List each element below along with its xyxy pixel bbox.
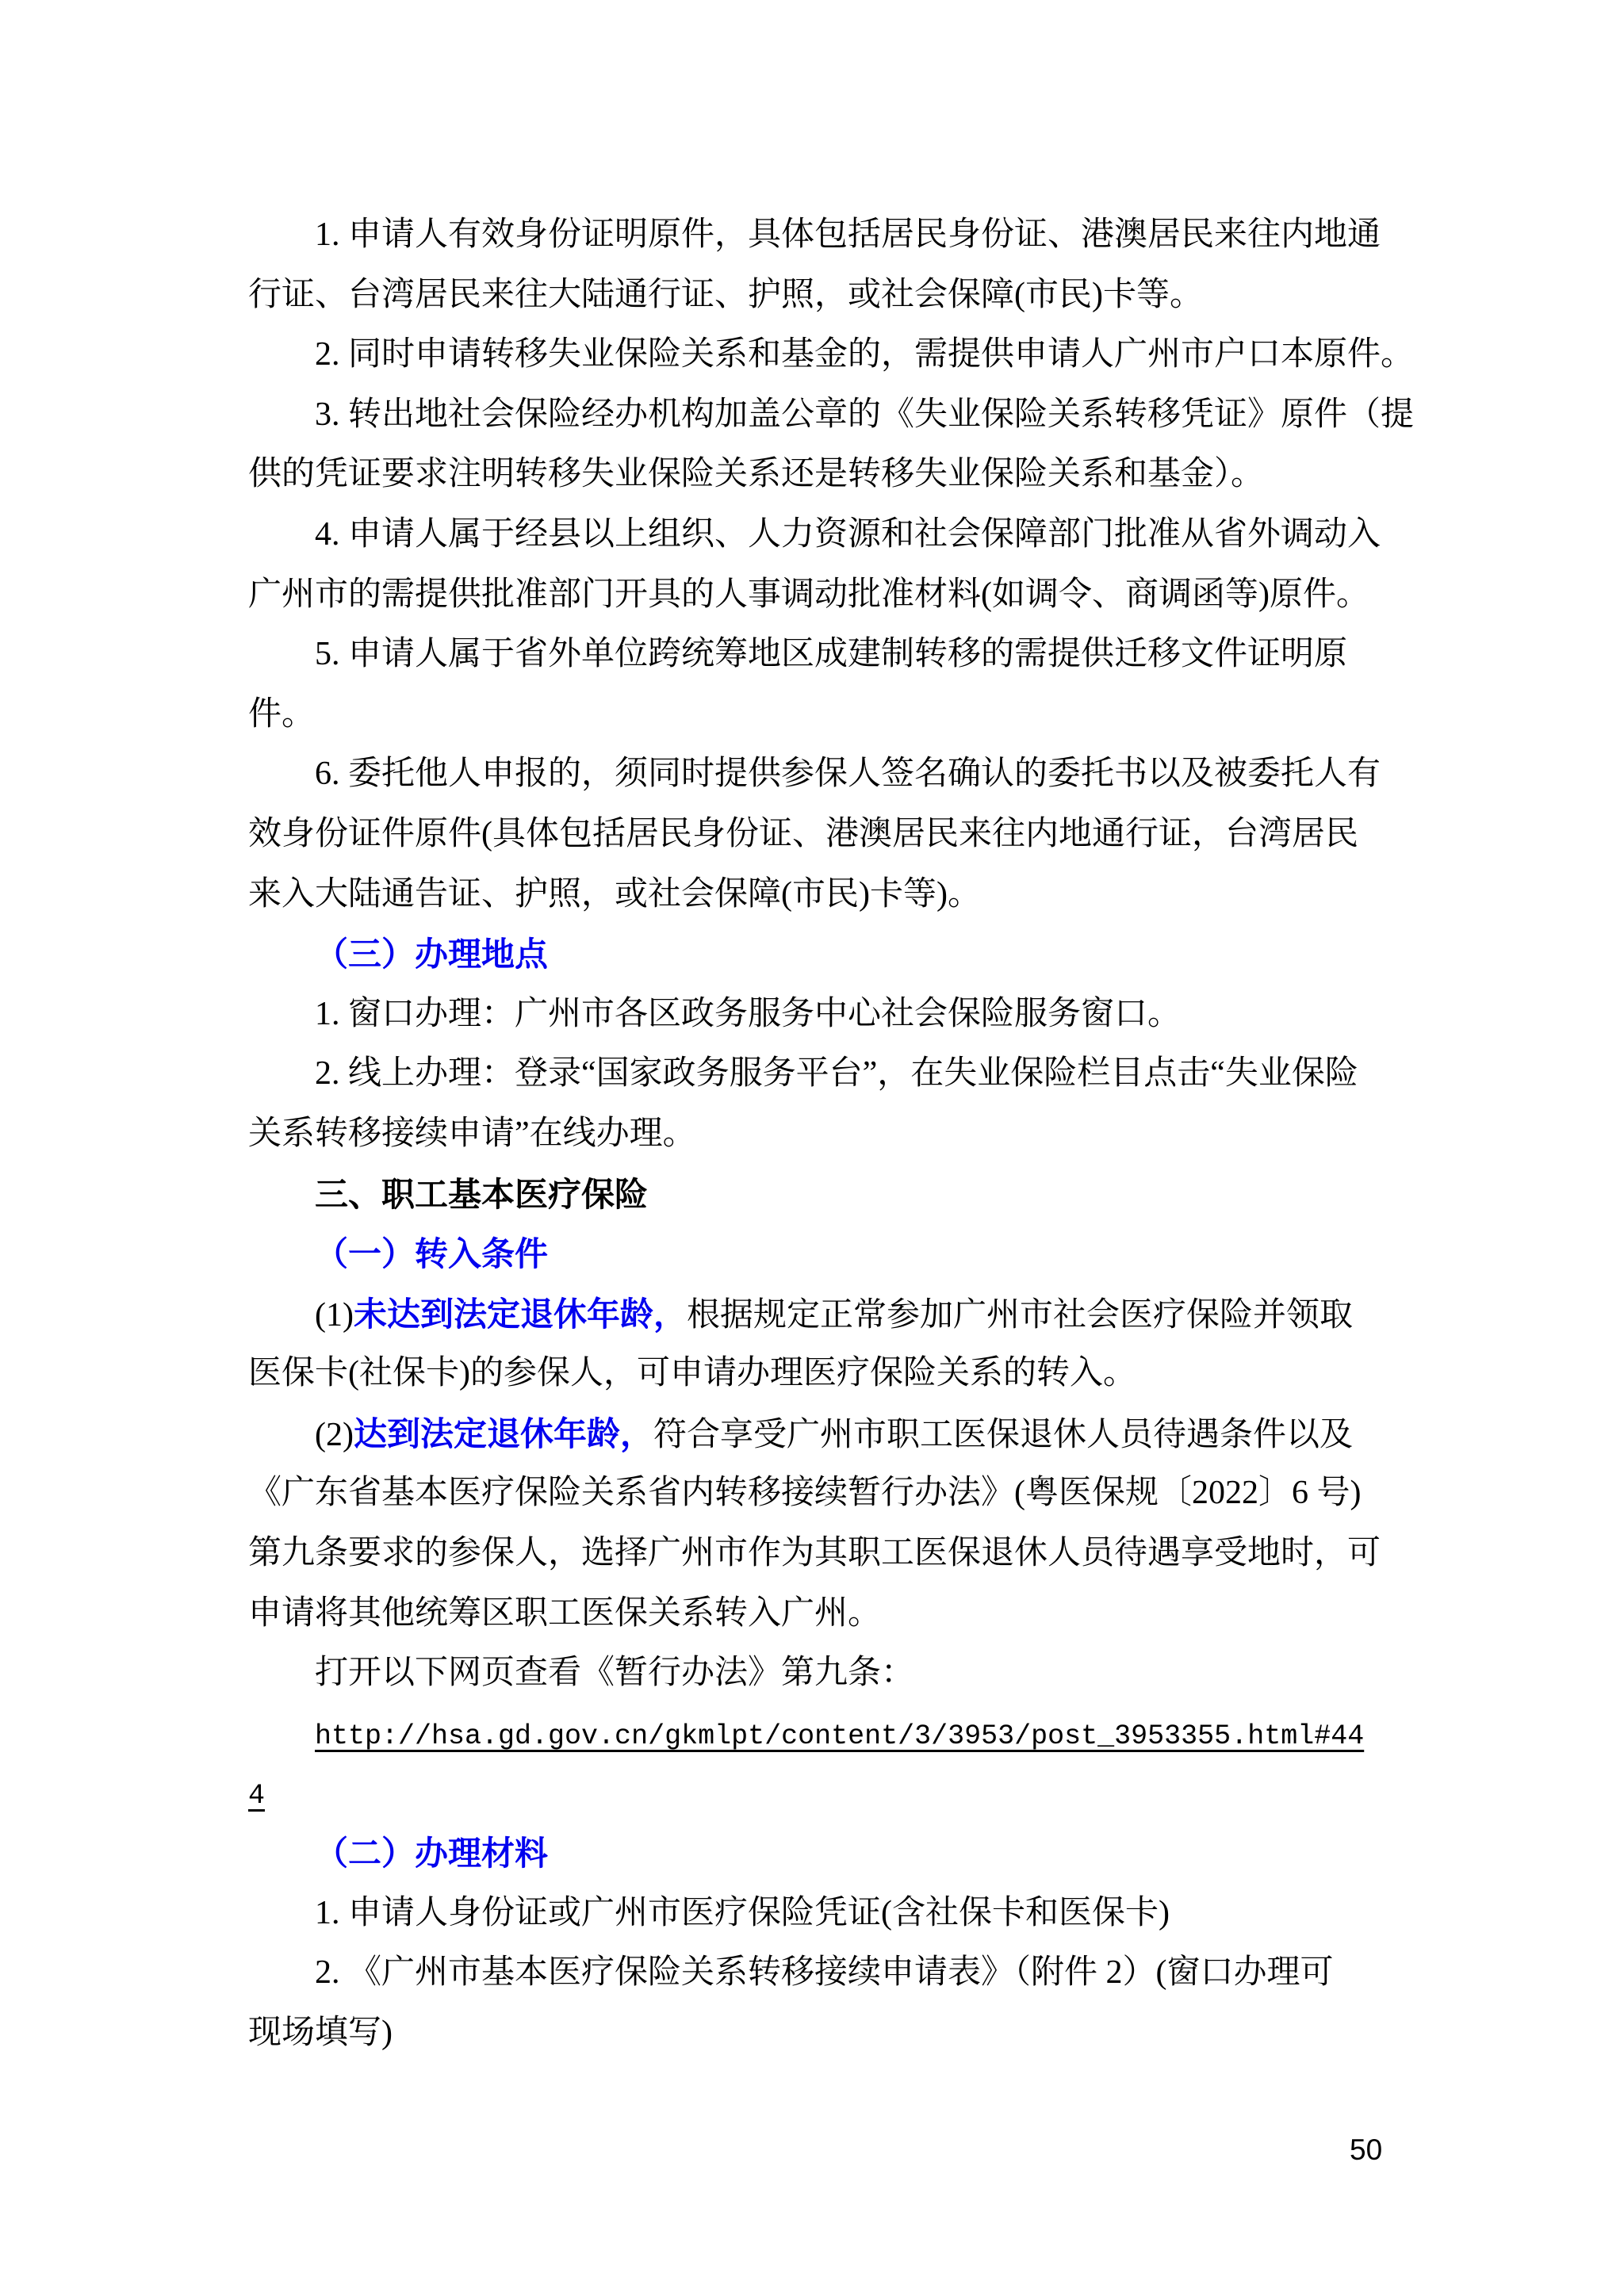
text-run: 1. 申请人身份证或广州市医疗保险凭证(含社保卡和医保卡) — [315, 1895, 1170, 1931]
text-run: 1. 窗口办理：广州市各区政务服务中心社会保险服务窗口。 — [315, 996, 1181, 1032]
doc-line-23: 第九条要求的参保人，选择广州市作为其职工医保退休人员待遇享受地时，可 — [248, 1524, 1370, 1584]
doc-line-27: 4 — [248, 1763, 1370, 1823]
text-run: 2. 同时申请转移失业保险关系和基金的，需提供申请人广州市户口本原件。 — [315, 336, 1414, 373]
doc-line-10: 6. 委托他人申报的，须同时提供参保人签名确认的委托书以及被委托人有 — [248, 744, 1370, 805]
doc-line-15: 2. 线上办理：登录“国家政务服务平台”，在失业保险栏目点击“失业保险 — [248, 1044, 1370, 1104]
page-number: 50 — [1350, 2131, 1382, 2169]
doc-line-22: 《广东省基本医疗保险关系省内转移接续暂行办法》(粤医保规〔2022〕6 号) — [248, 1464, 1370, 1524]
text-run: 第九条要求的参保人，选择广州市作为其职工医保退休人员待遇享受地时，可 — [248, 1535, 1381, 1571]
heading-transfer-in-conditions: （一）转入条件 — [248, 1224, 1370, 1284]
text-run: 效身份证件原件(具体包括居民身份证、港澳居民来往内地通行证，台湾居民 — [248, 816, 1358, 852]
doc-line-2: 行证、台湾居民来往大陆通行证、护照，或社会保障(市民)卡等。 — [248, 266, 1370, 326]
highlight-blue-text: 未达到法定退休年龄， — [354, 1295, 687, 1333]
text-run: 符合享受广州市职工医保退休人员待遇条件以及 — [653, 1417, 1353, 1453]
doc-line-30: 2. 《广州市基本医疗保险关系转移接续申请表》（附件 2）(窗口办理可 — [248, 1943, 1370, 2003]
document-page: { "page": { "number": "50", "background"… — [0, 0, 1624, 2296]
text-run: 申请将其他统筹区职工医保关系转入广州。 — [248, 1595, 881, 1632]
doc-line-26: http://hsa.gd.gov.cn/gkmlpt/content/3/39… — [248, 1704, 1370, 1764]
doc-line-6: 4. 申请人属于经县以上组织、人力资源和社会保障部门批准从省外调动入 — [248, 505, 1370, 565]
text-run: 4. 申请人属于经县以上组织、人力资源和社会保障部门批准从省外调动入 — [315, 516, 1381, 553]
text-run: 打开以下网页查看《暂行办法》第九条： — [315, 1655, 914, 1691]
heading-employee-basic-medical-insurance: 三、职工基本医疗保险 — [248, 1165, 1370, 1225]
heading-application-materials: （二）办理材料 — [248, 1823, 1370, 1884]
text-run: 医保卡(社保卡)的参保人，可申请办理医疗保险关系的转入。 — [248, 1355, 1136, 1391]
text-run: 6. 委托他人申报的，须同时提供参保人签名确认的委托书以及被委托人有 — [315, 756, 1381, 792]
text-run: 来入大陆通告证、护照，或社会保障(市民)卡等)。 — [248, 876, 981, 913]
doc-line-7: 广州市的需提供批准部门开具的人事调动批准材料(如调令、商调函等)原件。 — [248, 565, 1370, 626]
document-text-block: 1. 申请人有效身份证明原件，具体包括居民身份证、港澳居民来往内地通 行证、台湾… — [248, 205, 1370, 2063]
text-run: 5. 申请人属于省外单位跨统筹地区成建制转移的需提供迁移文件证明原 — [315, 636, 1347, 672]
text-run: 《广东省基本医疗保险关系省内转移接续暂行办法》(粤医保规〔2022〕6 号) — [248, 1475, 1361, 1511]
doc-line-20: 医保卡(社保卡)的参保人，可申请办理医疗保险关系的转入。 — [248, 1344, 1370, 1404]
text-run: 关系转移接续申请”在线办理。 — [248, 1115, 696, 1152]
heading-text: 三、职工基本医疗保险 — [315, 1176, 648, 1213]
text-run: 行证、台湾居民来往大陆通行证、护照，或社会保障(市民)卡等。 — [248, 277, 1203, 313]
text-run: 2. 《广州市基本医疗保险关系转移接续申请表》（附件 2）(窗口办理可 — [315, 1954, 1334, 1991]
text-run: (2) — [315, 1417, 354, 1453]
doc-line-29: 1. 申请人身份证或广州市医疗保险凭证(含社保卡和医保卡) — [248, 1884, 1370, 1944]
text-run: 供的凭证要求注明转移失业保险关系还是转移失业保险关系和基金）。 — [248, 456, 1264, 492]
doc-line-1: 1. 申请人有效身份证明原件，具体包括居民身份证、港澳居民来往内地通 — [248, 205, 1370, 266]
doc-line-11: 效身份证件原件(具体包括居民身份证、港澳居民来往内地通行证，台湾居民 — [248, 805, 1370, 865]
doc-line-24: 申请将其他统筹区职工医保关系转入广州。 — [248, 1584, 1370, 1644]
text-run: 3. 转出地社会保险经办机构加盖公章的《失业保险关系转移凭证》原件（提 — [315, 396, 1414, 433]
highlight-blue-text: 达到法定退休年龄， — [354, 1415, 653, 1452]
text-run: 2. 线上办理：登录“国家政务服务平台”，在失业保险栏目点击“失业保险 — [315, 1055, 1358, 1092]
text-run: 根据规定正常参加广州市社会医疗保险并领取 — [687, 1297, 1353, 1334]
doc-line-21: (2)达到法定退休年龄，符合享受广州市职工医保退休人员待遇条件以及 — [248, 1404, 1370, 1464]
doc-line-19: (1)未达到法定退休年龄，根据规定正常参加广州市社会医疗保险并领取 — [248, 1284, 1370, 1345]
text-run: 件。 — [248, 696, 315, 733]
doc-line-5: 供的凭证要求注明转移失业保险关系还是转移失业保险关系和基金）。 — [248, 445, 1370, 505]
doc-line-3: 2. 同时申请转移失业保险关系和基金的，需提供申请人广州市户口本原件。 — [248, 325, 1370, 385]
text-run: 现场填写) — [248, 2015, 393, 2051]
doc-line-14: 1. 窗口办理：广州市各区政务服务中心社会保险服务窗口。 — [248, 985, 1370, 1045]
heading-handling-location: （三）办理地点 — [248, 924, 1370, 985]
hyperlink-url[interactable]: http://hsa.gd.gov.cn/gkmlpt/content/3/39… — [315, 1720, 1364, 1752]
doc-line-25: 打开以下网页查看《暂行办法》第九条： — [248, 1644, 1370, 1704]
heading-text: （三）办理地点 — [315, 936, 548, 973]
text-run: 1. 申请人有效身份证明原件，具体包括居民身份证、港澳居民来往内地通 — [315, 216, 1381, 253]
doc-line-8: 5. 申请人属于省外单位跨统筹地区成建制转移的需提供迁移文件证明原 — [248, 625, 1370, 685]
doc-line-16: 关系转移接续申请”在线办理。 — [248, 1104, 1370, 1165]
heading-text: （一）转入条件 — [315, 1235, 548, 1272]
text-run: (1) — [315, 1297, 354, 1334]
doc-line-31: 现场填写) — [248, 2003, 1370, 2064]
heading-text: （二）办理材料 — [315, 1835, 548, 1872]
hyperlink-url-wrap[interactable]: 4 — [248, 1780, 265, 1812]
doc-line-12: 来入大陆通告证、护照，或社会保障(市民)卡等)。 — [248, 865, 1370, 925]
doc-line-9: 件。 — [248, 685, 1370, 745]
doc-line-4: 3. 转出地社会保险经办机构加盖公章的《失业保险关系转移凭证》原件（提 — [248, 385, 1370, 446]
text-run: 广州市的需提供批准部门开具的人事调动批准材料(如调令、商调函等)原件。 — [248, 576, 1369, 613]
